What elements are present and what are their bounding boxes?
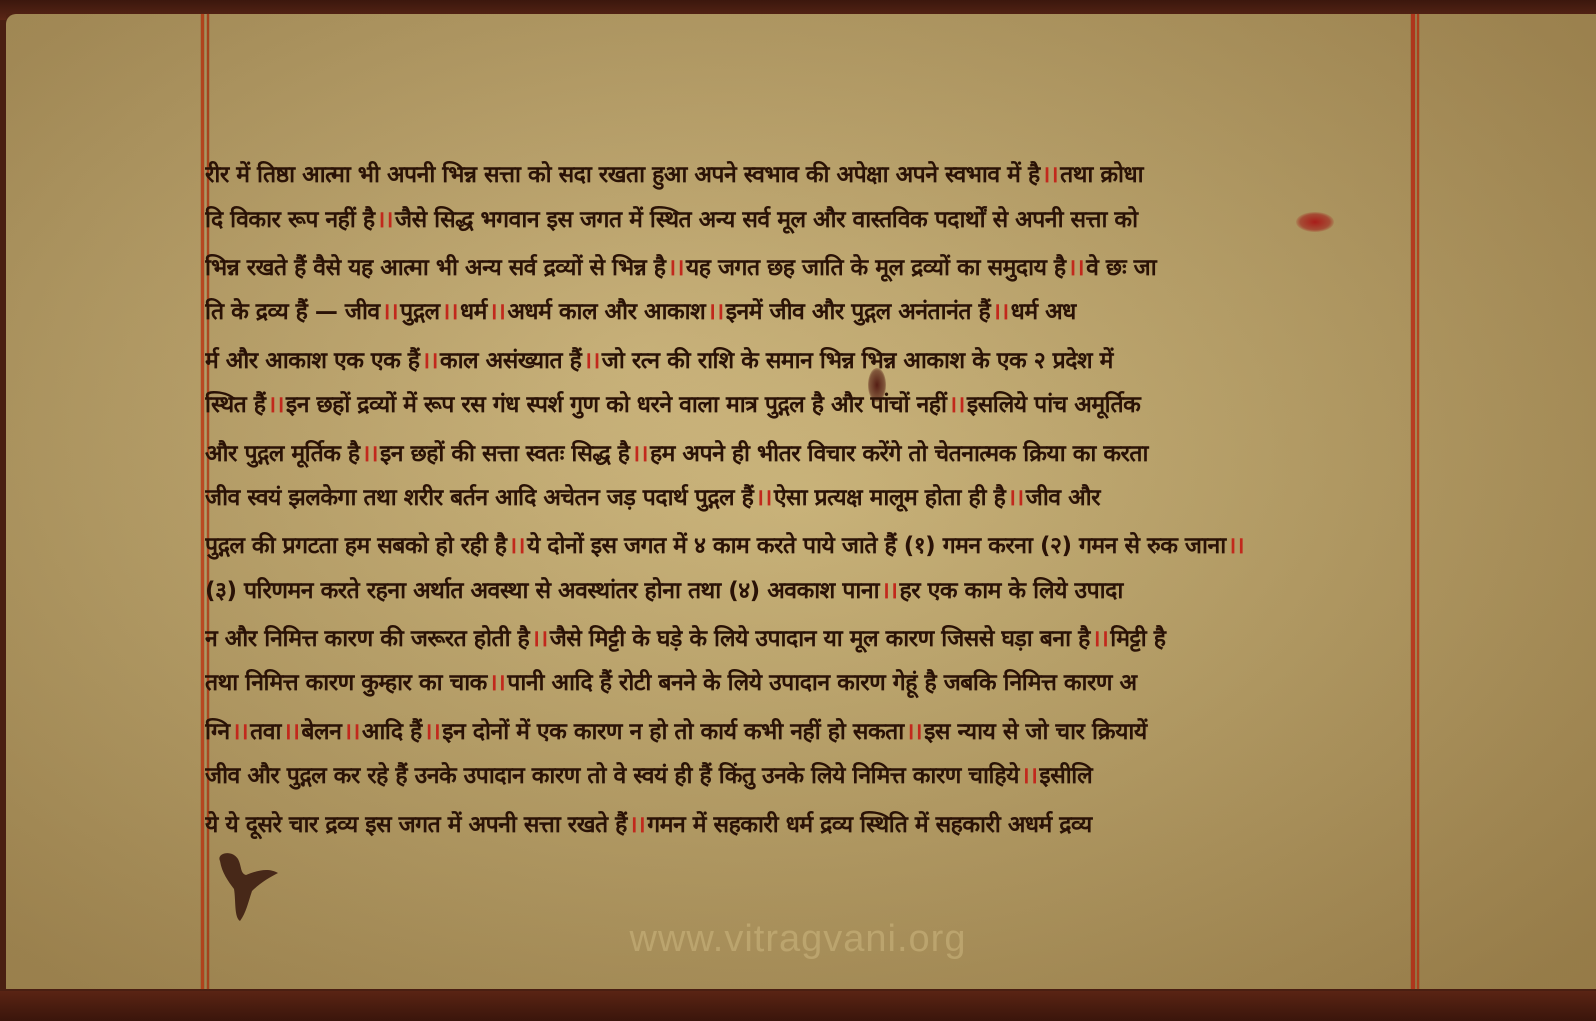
manuscript-text-segment: ये ये दूसरे चार द्रव्य इस जगत में अपनी स… [205,802,627,848]
manuscript-text-segment: ति के द्रव्य हैं — जीव [205,289,380,335]
manuscript-line: र्म और आकाश एक एक हैं।।काल असंख्यात हैं।… [205,338,1410,384]
watermark-text: www.vitragvani.org [0,918,1596,961]
red-danda-mark: ।। [509,523,525,569]
manuscript-line: दि विकार रूप नहीं है।।जैसे सिद्ध भगवान इ… [205,196,1410,242]
red-danda-mark: ।। [343,709,359,755]
left-margin-rule [201,14,204,989]
red-danda-mark: ।। [948,382,964,428]
right-margin-rule [1411,14,1415,989]
manuscript-text-segment: तथा क्रोधा [1060,152,1143,198]
manuscript-bottom-edge [0,991,1596,1021]
manuscript-text-segment: आदि हैं [362,709,422,755]
manuscript-line: (३) परिणमन करते रहना अर्थात अवस्था से अव… [205,568,1410,614]
manuscript-line: रीर में तिष्ठा आत्मा भी अपनी भिन्न सत्ता… [205,152,1410,198]
red-danda-mark: ।। [489,289,505,335]
red-danda-mark: ।। [1068,245,1084,291]
manuscript-line: ये ये दूसरे चार द्रव्य इस जगत में अपनी स… [205,801,1410,847]
red-danda-mark: ।। [755,475,771,521]
manuscript-text-segment: जो रत्न की राशि के समान भिन्न भिन्न आकाश… [602,338,1113,384]
manuscript-text-segment: हर एक काम के लिये उपादा [900,568,1123,614]
red-danda-mark: ।। [1021,753,1037,799]
red-danda-mark: ।। [881,568,897,614]
manuscript-text-segment: काल असंख्यात हैं [440,338,581,384]
red-danda-mark: ।। [232,709,248,755]
manuscript-text-segment: वे छः जा [1086,245,1156,291]
manuscript-text-block: रीर में तिष्ठा आत्मा भी अपनी भिन्न सत्ता… [205,150,1410,846]
red-danda-mark: ।। [267,382,283,428]
red-danda-mark: ।। [1092,616,1108,662]
manuscript-text-segment: इनमें जीव और पुद्गल अनंतानंत हैं [726,289,991,335]
manuscript-text-segment: इसीलि [1039,753,1092,799]
red-danda-mark: ।। [489,660,505,706]
manuscript-text-segment: जीव और पुद्गल कर रहे हैं उनके उपादान कार… [205,753,1019,799]
manuscript-text-segment: इन छहों की सत्ता स्वतः सिद्ध है [380,431,630,477]
manuscript-text-segment: पुद्गल [400,289,439,335]
red-danda-mark: ।। [707,289,723,335]
page-number-glyph-icon [212,851,282,921]
manuscript-text-segment: पानी आदि हैं रोटी बनने के लिये उपादान का… [507,660,1136,706]
red-danda-mark: ।। [992,289,1008,335]
manuscript-text-segment: गमन में सहकारी धर्म द्रव्य स्थिति में सह… [647,802,1091,848]
manuscript-text-segment: भिन्न रखते हैं वैसे यह आत्मा भी अन्य सर्… [205,245,665,291]
manuscript-text-segment: ये दोनों इस जगत में ४ काम करते पाये जाते… [527,523,1226,569]
red-danda-mark: ।। [531,616,547,662]
manuscript-text-segment: रीर में तिष्ठा आत्मा भी अपनी भिन्न सत्ता… [205,152,1040,198]
manuscript-text-segment: तथा निमित्त कारण कुम्हार का चाक [205,660,487,706]
red-danda-mark: ।। [1228,523,1244,569]
manuscript-text-segment: मिट्टी है [1110,616,1165,662]
manuscript-text-segment: न और निमित्त कारण की जरूरत होती है [205,616,529,662]
red-danda-mark: ।। [362,431,378,477]
red-danda-mark: ।। [1042,152,1058,198]
manuscript-text-segment: अधर्म काल और आकाश [507,289,705,335]
manuscript-line: पुद्गल की प्रगटता हम सबको हो रही है।।ये … [205,523,1410,569]
manuscript-text-segment: धर्म [460,289,487,335]
manuscript-text-segment: जीव स्वयं झलकेगा तथा शरीर बर्तन आदि अचेत… [205,475,753,521]
manuscript-line: ग्नि।।तवा।।बेलन।।आदि हैं।।इन दोनों में ए… [205,709,1410,755]
manuscript-text-segment: ग्नि [205,709,230,755]
red-danda-mark: ।। [906,709,922,755]
manuscript-line: और पुद्गल मूर्तिक है।।इन छहों की सत्ता स… [205,430,1410,476]
manuscript-line: भिन्न रखते हैं वैसे यह आत्मा भी अन्य सर्… [205,245,1410,291]
manuscript-text-segment: और पुद्गल मूर्तिक है [205,431,360,477]
manuscript-line: जीव स्वयं झलकेगा तथा शरीर बर्तन आदि अचेत… [205,475,1410,521]
manuscript-text-segment: स्थित हैं [205,382,265,428]
manuscript-text-segment: बेलन [301,709,341,755]
manuscript-line: तथा निमित्त कारण कुम्हार का चाक।।पानी आद… [205,660,1410,706]
manuscript-text-segment: इस न्याय से जो चार क्रियायें [924,709,1147,755]
red-danda-mark: ।। [421,338,437,384]
manuscript-text-segment: जैसे सिद्ध भगवान इस जगत में स्थित अन्य स… [395,197,1138,243]
manuscript-text-segment: इन दोनों में एक कारण न हो तो कार्य कभी न… [442,709,903,755]
red-danda-mark: ।। [283,709,299,755]
red-danda-mark: ।। [583,338,599,384]
red-danda-mark: ।। [629,802,645,848]
manuscript-text-segment: जीव और [1026,475,1100,521]
manuscript-text-segment: ऐसा प्रत्यक्ष मालूम होता ही है [774,475,1006,521]
manuscript-line: जीव और पुद्गल कर रहे हैं उनके उपादान कार… [205,753,1410,799]
manuscript-text-segment: इन छहों द्रव्यों में रूप रस गंध स्पर्श ग… [286,382,947,428]
red-danda-mark: ।। [667,245,683,291]
manuscript-text-segment: यह जगत छह जाति के मूल द्रव्यों का समुदाय… [686,245,1066,291]
manuscript-text-segment: धर्म अध [1011,289,1076,335]
manuscript-line: ति के द्रव्य हैं — जीव।।पुद्गल।।धर्म।।अध… [205,289,1410,335]
manuscript-line: न और निमित्त कारण की जरूरत होती है।।जैसे… [205,616,1410,662]
red-danda-mark: ।। [442,289,458,335]
manuscript-text-segment: तवा [250,709,281,755]
manuscript-text-segment: (३) परिणमन करते रहना अर्थात अवस्था से अव… [205,568,879,614]
manuscript-text-segment: जैसे मिट्टी के घड़े के लिये उपादान या मू… [550,616,1090,662]
manuscript-text-segment: पुद्गल की प्रगटता हम सबको हो रही है [205,523,507,569]
red-danda-mark: ।। [1007,475,1023,521]
manuscript-text-segment: हम अपने ही भीतर विचार करेंगे तो चेतनात्म… [650,431,1148,477]
red-danda-mark: ।। [377,197,393,243]
red-danda-mark: ।। [424,709,440,755]
right-margin-rule-inner [1417,14,1419,989]
manuscript-text-segment: दि विकार रूप नहीं है [205,197,375,243]
red-danda-mark: ।। [382,289,398,335]
manuscript-text-segment: र्म और आकाश एक एक हैं [205,338,419,384]
red-danda-mark: ।। [632,431,648,477]
manuscript-line: स्थित हैं।।इन छहों द्रव्यों में रूप रस ग… [205,382,1410,428]
manuscript-text-segment: इसलिये पांच अमूर्तिक [967,382,1140,428]
